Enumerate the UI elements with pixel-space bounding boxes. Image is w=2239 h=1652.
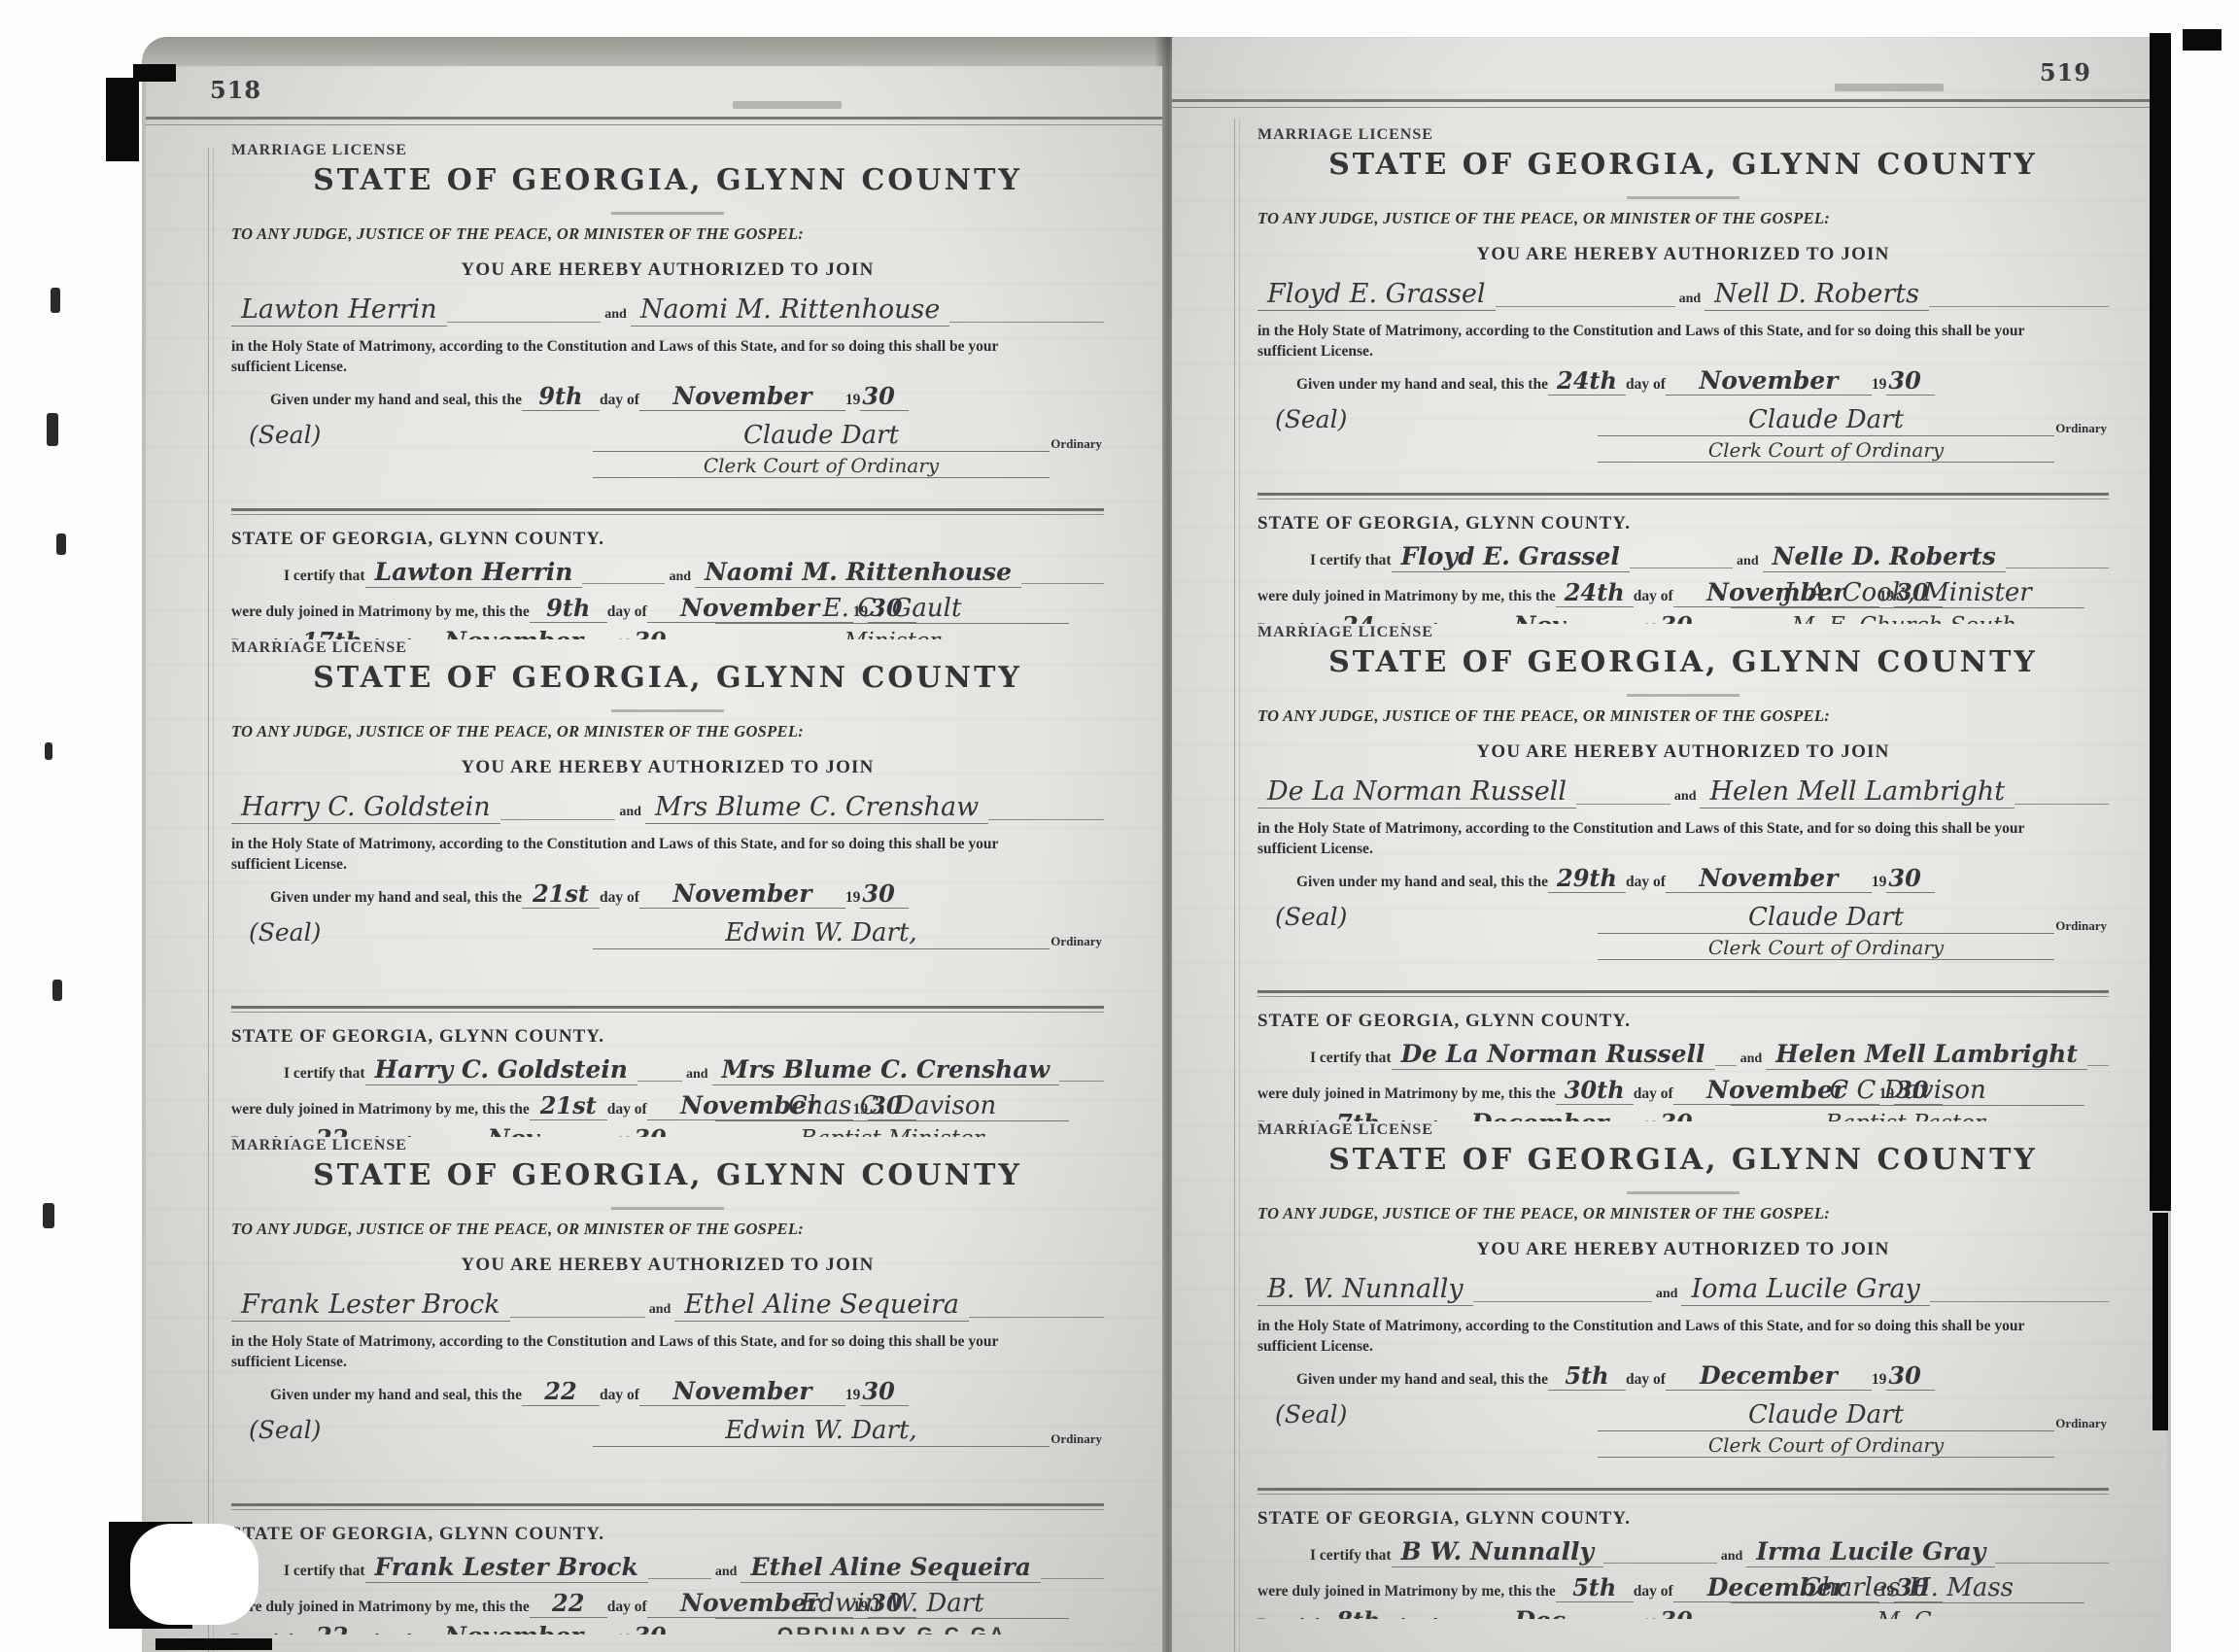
rule-filler	[1930, 1299, 2109, 1302]
rule-filler	[447, 320, 602, 323]
recorded-day: 17th	[293, 627, 371, 639]
title-flourish	[1627, 196, 1740, 199]
given-line: Given under my hand and seal, this the 2…	[231, 1377, 1104, 1406]
officiant-signature-block: J. A. Cook, Minister M. E. Church South,	[1706, 578, 2109, 624]
year-printed: 19	[617, 1632, 633, 1635]
day-of-label: day of	[1634, 1583, 1673, 1600]
license-month: November	[1666, 366, 1872, 396]
cert-groom-name: Harry C. Goldstein	[365, 1055, 637, 1085]
seal-note: (Seal)	[1257, 903, 1347, 931]
certificate-header: STATE OF GEORGIA, GLYNN COUNTY.	[1257, 1508, 2109, 1530]
groom-name: Harry C. Goldstein	[231, 792, 500, 824]
record-title: STATE OF GEORGIA, GLYNN COUNTY	[1257, 645, 2109, 679]
recorded-day: 24	[1320, 611, 1397, 624]
day-of-label: day of	[1634, 1085, 1673, 1103]
sufficient-license-line: sufficient License.	[1257, 1338, 2109, 1356]
license-month: November	[639, 879, 845, 909]
rule-filler	[2087, 1063, 2109, 1066]
seal-note: (Seal)	[231, 918, 321, 946]
joined-clause: were duly joined in Matrimony by me, thi…	[1257, 1085, 1556, 1103]
cert-day: 21st	[530, 1091, 607, 1120]
officiant-title: M. E. Church South,	[1770, 613, 2046, 624]
recorded-year: 30	[632, 627, 680, 639]
clerk-signature: Claude Dart	[1598, 903, 2054, 934]
certify-prefix: I certify that	[284, 1065, 365, 1083]
cert-bride-name: Irma Lucile Gray	[1746, 1537, 1995, 1567]
certify-line: I certify that Floyd E. Grassel and Nell…	[1257, 542, 2109, 572]
recorded-day: 7th	[1320, 1109, 1397, 1121]
cert-day: 9th	[530, 594, 607, 623]
joined-clause: were duly joined in Matrimony by me, thi…	[231, 603, 530, 621]
recorded-row: Recorded 8th day of Dec 19 30 Charles H.…	[1257, 1606, 2109, 1619]
officiant-signature-block: Charles H. Mass M. G.	[1706, 1573, 2109, 1619]
officiant-title: M. G.	[1770, 1608, 2046, 1619]
and-word: and	[645, 1302, 675, 1318]
cert-day: 5th	[1556, 1573, 1634, 1602]
given-line: Given under my hand and seal, this the 5…	[1257, 1361, 2109, 1391]
license-year: 30	[860, 879, 909, 909]
officiant-signature: J. A. Cook, Minister	[1731, 578, 2084, 608]
license-year: 30	[860, 382, 909, 411]
recorded-day: 22	[293, 1622, 371, 1635]
sufficient-license-line: sufficient License.	[231, 1354, 1104, 1371]
given-prefix: Given under my hand and seal, this the	[231, 889, 522, 907]
recorded-month: Nov	[411, 1124, 617, 1137]
certify-line: I certify that B W. Nunnally and Irma Lu…	[1257, 1537, 2109, 1567]
marriage-license-record: MARRIAGE LICENSE STATE OF GEORGIA, GLYNN…	[231, 142, 1104, 639]
license-day: 22	[522, 1377, 600, 1406]
joined-clause: were duly joined in Matrimony by me, thi…	[1257, 1583, 1556, 1600]
year-printed: 19	[845, 392, 861, 409]
and-word: and	[1671, 789, 1701, 805]
officiant-title: Minister	[754, 629, 1030, 639]
cert-groom-name: De La Norman Russell	[1392, 1040, 1715, 1070]
and-word: and	[711, 1565, 741, 1580]
rule-filler	[1021, 581, 1104, 584]
officiant-title: ORDINARY G.C.GA	[754, 1624, 1030, 1635]
day-of-label: day of	[607, 1599, 647, 1616]
record-title: STATE OF GEORGIA, GLYNN COUNTY	[1257, 148, 2109, 182]
rule-filler	[1576, 802, 1671, 805]
recorded-row: Recorded 24 day of Nov 19 30 J. A. Cook,…	[1257, 611, 2109, 624]
recorded-row: Recorded 7th day of December 19 30 C C D…	[1257, 1109, 2109, 1121]
seal-signature-row: (Seal) Claude Dart Clerk Court of Ordina…	[231, 421, 1104, 497]
clerk-signature: Edwin W. Dart,	[593, 918, 1050, 949]
year-printed: 19	[1872, 874, 1887, 891]
cert-day: 22	[530, 1589, 607, 1618]
certify-line: I certify that Harry C. Goldstein and Mr…	[231, 1055, 1104, 1085]
license-year: 30	[1886, 366, 1935, 396]
license-year: 30	[860, 1377, 909, 1406]
cert-groom-name: Floyd E. Grassel	[1392, 542, 1630, 572]
matrimony-clause: in the Holy State of Matrimony, accordin…	[231, 335, 1104, 359]
clerk-signature-block: Edwin W. Dart, Ordinary	[593, 1416, 1050, 1447]
sufficient-license: sufficient License.	[1257, 1338, 1373, 1356]
seal-note: (Seal)	[1257, 1400, 1347, 1428]
record-title: STATE OF GEORGIA, GLYNN COUNTY	[1257, 1143, 2109, 1177]
seal-signature-row: (Seal) Edwin W. Dart, Ordinary	[231, 1416, 1104, 1492]
bride-name: Helen Mell Lambright	[1700, 776, 2015, 809]
clerk-title: Clerk Court of Ordinary	[593, 454, 1050, 478]
scan-artifact	[47, 413, 58, 446]
officiant-signature-block: C C Davison Baptist Pastor,	[1706, 1076, 2109, 1121]
bride-name: Nell D. Roberts	[1705, 279, 1929, 311]
cert-bride-name: Ethel Aline Sequeira	[741, 1553, 1040, 1583]
rule-filler	[1496, 304, 1675, 307]
section-divider	[1257, 990, 2109, 997]
records-column-right: MARRIAGE LICENSE STATE OF GEORGIA, GLYNN…	[1172, 37, 2167, 1619]
sufficient-license-line: sufficient License.	[231, 856, 1104, 874]
scanned-register-spread: 518 MARRIAGE LICENSE STATE OF GEORGIA, G…	[0, 0, 2239, 1652]
section-label: MARRIAGE LICENSE	[231, 1137, 1104, 1154]
sufficient-license: sufficient License.	[231, 359, 347, 376]
day-of-label: day of	[1634, 588, 1673, 605]
section-divider	[231, 508, 1104, 515]
marriage-license-record: MARRIAGE LICENSE STATE OF GEORGIA, GLYNN…	[231, 639, 1104, 1137]
cert-day: 30th	[1556, 1076, 1634, 1105]
rule-filler	[582, 581, 665, 584]
section-divider	[1257, 493, 2109, 499]
scan-artifact	[2153, 1213, 2168, 1430]
given-line: Given under my hand and seal, this the 9…	[231, 382, 1104, 411]
given-line: Given under my hand and seal, this the 2…	[1257, 864, 2109, 893]
rule-filler	[648, 1576, 711, 1579]
officiant-signature-block: Edwin W. Dart ORDINARY G.C.GA	[680, 1589, 1104, 1635]
license-year: 30	[1886, 864, 1935, 893]
certify-line: I certify that Lawton Herrin and Naomi M…	[231, 558, 1104, 588]
sufficient-license: sufficient License.	[231, 1354, 347, 1371]
authorized-line: YOU ARE HEREBY AUTHORIZED TO JOIN	[231, 757, 1104, 778]
scan-artifact	[56, 533, 66, 555]
sufficient-license-line: sufficient License.	[1257, 841, 2109, 858]
groom-name: De La Norman Russell	[1257, 776, 1576, 809]
certificate-header: STATE OF GEORGIA, GLYNN COUNTY.	[231, 1524, 1104, 1545]
clerk-signature: Claude Dart	[1598, 1400, 2054, 1431]
ordinary-label: Ordinary	[1051, 1431, 1102, 1447]
officiant-signature: E. C. Gault	[715, 594, 1069, 624]
officiant-signature: Charles H. Mass	[1731, 1573, 2084, 1603]
certificate-header: STATE OF GEORGIA, GLYNN COUNTY.	[1257, 1011, 2109, 1032]
license-day: 5th	[1548, 1361, 1626, 1391]
marriage-license-record: MARRIAGE LICENSE STATE OF GEORGIA, GLYNN…	[1257, 624, 2109, 1121]
title-flourish	[611, 212, 724, 215]
license-day: 29th	[1548, 864, 1626, 893]
certify-prefix: I certify that	[1310, 552, 1392, 569]
recorded-year: 30	[632, 1124, 680, 1137]
sufficient-license: sufficient License.	[231, 856, 347, 874]
scan-artifact	[51, 288, 60, 313]
couple-names-line: De La Norman Russell and Helen Mell Lamb…	[1257, 776, 2109, 809]
scan-artifact	[133, 64, 176, 82]
scan-artifact	[45, 742, 52, 760]
bride-name: Ioma Lucile Gray	[1681, 1274, 1929, 1306]
rule-filler	[988, 817, 1104, 820]
certificate-header: STATE OF GEORGIA, GLYNN COUNTY.	[231, 1026, 1104, 1048]
authorized-line: YOU ARE HEREBY AUTHORIZED TO JOIN	[1257, 741, 2109, 763]
recorded-line: Recorded 24 day of Nov 19 30	[1257, 611, 1706, 624]
groom-name: B. W. Nunnally	[1257, 1274, 1473, 1306]
officiant-signature-block: E. C. Gault Minister	[680, 594, 1104, 639]
cert-day: 24th	[1556, 578, 1634, 607]
marriage-license-record: MARRIAGE LICENSE STATE OF GEORGIA, GLYNN…	[1257, 126, 2109, 624]
sufficient-license: sufficient License.	[1257, 841, 1373, 858]
scan-artifact	[43, 1203, 54, 1228]
matrimony-clause: in the Holy State of Matrimony, accordin…	[231, 1330, 1104, 1354]
recorded-line: Recorded 17th day of November 19 30	[231, 627, 680, 639]
marriage-license-record: MARRIAGE LICENSE STATE OF GEORGIA, GLYNN…	[1257, 1121, 2109, 1619]
seal-signature-row: (Seal) Claude Dart Clerk Court of Ordina…	[1257, 405, 2109, 481]
officiant-signature: Edwin W. Dart	[715, 1589, 1069, 1619]
license-month: November	[1666, 864, 1872, 893]
license-day: 21st	[522, 879, 600, 909]
and-word: and	[1675, 292, 1705, 307]
recorded-row: Recorded 22 day of Nov 19 30 Chas C. Dav…	[231, 1124, 1104, 1137]
marriage-license-record: MARRIAGE LICENSE STATE OF GEORGIA, GLYNN…	[231, 1137, 1104, 1635]
scan-artifact	[2150, 33, 2171, 1211]
couple-names-line: Harry C. Goldstein and Mrs Blume C. Cren…	[231, 792, 1104, 824]
officiant-signature: Chas C. Davison	[715, 1091, 1069, 1121]
rule-filler	[1059, 1079, 1104, 1082]
recorded-day: 22	[293, 1124, 371, 1137]
license-day: 24th	[1548, 366, 1626, 396]
given-line: Given under my hand and seal, this the 2…	[231, 879, 1104, 909]
license-month: November	[639, 382, 845, 411]
recorded-month: December	[1437, 1109, 1643, 1121]
recorded-line: Recorded 22 day of Nov 19 30	[231, 1124, 680, 1137]
section-divider	[231, 1006, 1104, 1013]
authorized-line: YOU ARE HEREBY AUTHORIZED TO JOIN	[1257, 244, 2109, 265]
year-printed: 19	[1872, 1371, 1887, 1389]
certify-line: I certify that Frank Lester Brock and Et…	[231, 1553, 1104, 1583]
section-label: MARRIAGE LICENSE	[1257, 1121, 2109, 1139]
and-word: and	[615, 805, 645, 820]
records-column-left: MARRIAGE LICENSE STATE OF GEORGIA, GLYNN…	[146, 66, 1162, 1635]
salutation: TO ANY JUDGE, JUSTICE OF THE PEACE, OR M…	[1257, 209, 2109, 228]
given-line: Given under my hand and seal, this the 2…	[1257, 366, 2109, 396]
bride-name: Naomi M. Rittenhouse	[631, 294, 950, 327]
title-flourish	[1627, 1191, 1740, 1194]
given-prefix: Given under my hand and seal, this the	[231, 392, 522, 409]
and-word: and	[665, 569, 695, 585]
recorded-year: 30	[632, 1622, 680, 1635]
day-of-label: day of	[600, 1387, 639, 1404]
sufficient-license-line: sufficient License.	[231, 359, 1104, 376]
rule-filler	[1630, 566, 1733, 568]
authorized-line: YOU ARE HEREBY AUTHORIZED TO JOIN	[1257, 1239, 2109, 1260]
record-title: STATE OF GEORGIA, GLYNN COUNTY	[231, 163, 1104, 197]
rule-filler	[1041, 1576, 1104, 1579]
and-word: and	[601, 307, 631, 323]
recorded-year: 30	[1658, 1109, 1706, 1121]
clerk-signature: Claude Dart	[593, 421, 1050, 452]
cert-bride-name: Helen Mell Lambright	[1766, 1040, 2087, 1070]
recorded-label: Recorded	[231, 1632, 293, 1635]
officiant-title: Baptist Minister	[754, 1126, 1030, 1137]
and-word: and	[1652, 1287, 1682, 1302]
rule-filler	[969, 1315, 1104, 1318]
recorded-line: Recorded 8th day of Dec 19 30	[1257, 1606, 1706, 1619]
certify-line: I certify that De La Norman Russell and …	[1257, 1040, 2109, 1070]
recorded-month: Dec	[1437, 1606, 1643, 1619]
recorded-month: November	[411, 627, 617, 639]
couple-names-line: B. W. Nunnally and Ioma Lucile Gray	[1257, 1274, 2109, 1306]
rule-filler	[1715, 1063, 1737, 1066]
given-prefix: Given under my hand and seal, this the	[1257, 874, 1548, 891]
clerk-signature: Claude Dart	[1598, 405, 2054, 436]
scan-artifact	[106, 78, 139, 161]
clerk-signature-block: Claude Dart Clerk Court of Ordinary Ordi…	[593, 421, 1050, 478]
scan-notch	[130, 1524, 258, 1625]
day-of-label: day of	[1626, 376, 1666, 394]
and-word: and	[682, 1067, 712, 1083]
ordinary-label: Ordinary	[1051, 436, 1102, 452]
sufficient-license-line: sufficient License.	[1257, 343, 2109, 361]
officiant-signature-block: Chas C. Davison Baptist Minister	[680, 1091, 1104, 1137]
couple-names-line: Lawton Herrin and Naomi M. Rittenhouse	[231, 294, 1104, 327]
day-of-label: day of	[1626, 874, 1666, 891]
certify-prefix: I certify that	[284, 1563, 365, 1580]
rule-filler	[1603, 1561, 1717, 1564]
clerk-signature-block: Claude Dart Clerk Court of Ordinary Ordi…	[1598, 1400, 2054, 1458]
matrimony-clause: in the Holy State of Matrimony, accordin…	[1257, 817, 2109, 841]
rule-filler	[637, 1079, 682, 1082]
given-prefix: Given under my hand and seal, this the	[231, 1387, 522, 1404]
seal-note: (Seal)	[231, 421, 321, 449]
title-flourish	[611, 709, 724, 712]
ordinary-label: Ordinary	[2055, 918, 2107, 934]
rule-filler	[500, 817, 616, 820]
certify-prefix: I certify that	[284, 568, 365, 585]
matrimony-clause: in the Holy State of Matrimony, accordin…	[1257, 1315, 2109, 1338]
recorded-row: Recorded 22 day of November 19 30 Edwin …	[231, 1622, 1104, 1635]
section-label: MARRIAGE LICENSE	[1257, 126, 2109, 144]
scan-artifact	[52, 980, 62, 1001]
rule-filler	[1473, 1299, 1652, 1302]
rule-filler	[510, 1315, 645, 1318]
groom-name: Lawton Herrin	[231, 294, 447, 327]
salutation: TO ANY JUDGE, JUSTICE OF THE PEACE, OR M…	[231, 1220, 1104, 1239]
bride-name: Ethel Aline Sequeira	[674, 1290, 969, 1322]
recorded-month: Nov	[1437, 611, 1643, 624]
cert-groom-name: B W. Nunnally	[1392, 1537, 1604, 1567]
certificate-header: STATE OF GEORGIA, GLYNN COUNTY.	[231, 529, 1104, 550]
recorded-month: November	[411, 1622, 617, 1635]
joined-clause: were duly joined in Matrimony by me, thi…	[231, 1101, 530, 1119]
license-month: December	[1666, 1361, 1872, 1391]
scan-artifact	[155, 1638, 272, 1650]
recorded-year: 30	[1658, 1606, 1706, 1619]
certify-prefix: I certify that	[1310, 1050, 1392, 1067]
bride-name: Mrs Blume C. Crenshaw	[645, 792, 988, 824]
clerk-title: Clerk Court of Ordinary	[1598, 1433, 2054, 1458]
seal-note: (Seal)	[231, 1416, 321, 1444]
joined-clause: were duly joined in Matrimony by me, thi…	[1257, 588, 1556, 605]
clerk-signature-block: Edwin W. Dart, Ordinary	[593, 918, 1050, 949]
rule-filler	[2006, 566, 2109, 568]
and-word: and	[1733, 554, 1763, 569]
page-518: 518 MARRIAGE LICENSE STATE OF GEORGIA, G…	[146, 66, 1162, 1652]
clerk-signature: Edwin W. Dart,	[593, 1416, 1050, 1447]
page-519: 519 MARRIAGE LICENSE STATE OF GEORGIA, G…	[1172, 37, 2167, 1652]
title-flourish	[611, 1207, 724, 1210]
salutation: TO ANY JUDGE, JUSTICE OF THE PEACE, OR M…	[1257, 706, 2109, 726]
day-of-label: day of	[1626, 1371, 1666, 1389]
matrimony-clause: in the Holy State of Matrimony, accordin…	[231, 833, 1104, 856]
year-printed: 19	[845, 1387, 861, 1404]
clerk-title: Clerk Court of Ordinary	[1598, 438, 2054, 463]
cert-groom-name: Frank Lester Brock	[365, 1553, 648, 1583]
license-day: 9th	[522, 382, 600, 411]
section-label: MARRIAGE LICENSE	[231, 639, 1104, 657]
year-printed: 19	[845, 889, 861, 907]
register-book: 518 MARRIAGE LICENSE STATE OF GEORGIA, G…	[142, 37, 2171, 1652]
recorded-label: Recorded	[1257, 1616, 1320, 1619]
seal-signature-row: (Seal) Claude Dart Clerk Court of Ordina…	[1257, 903, 2109, 979]
recorded-year: 30	[1658, 611, 1706, 624]
rule-filler	[1929, 304, 2109, 307]
day-of-label: day of	[607, 1101, 647, 1119]
section-label: MARRIAGE LICENSE	[1257, 624, 2109, 641]
salutation: TO ANY JUDGE, JUSTICE OF THE PEACE, OR M…	[1257, 1204, 2109, 1223]
section-label: MARRIAGE LICENSE	[231, 142, 1104, 159]
ordinary-label: Ordinary	[2055, 421, 2107, 436]
record-title: STATE OF GEORGIA, GLYNN COUNTY	[231, 1158, 1104, 1192]
rule-filler	[949, 320, 1104, 323]
clerk-signature-block: Claude Dart Clerk Court of Ordinary Ordi…	[1598, 903, 2054, 960]
license-year: 30	[1886, 1361, 1935, 1391]
seal-note: (Seal)	[1257, 405, 1347, 433]
ordinary-label: Ordinary	[2055, 1416, 2107, 1431]
rule-filler	[2015, 802, 2109, 805]
recorded-day: 8th	[1320, 1606, 1397, 1619]
authorized-line: YOU ARE HEREBY AUTHORIZED TO JOIN	[231, 1255, 1104, 1276]
title-flourish	[1627, 694, 1740, 697]
year-printed: 19	[1643, 1616, 1659, 1619]
day-of-label: day of	[600, 392, 639, 409]
recorded-line: Recorded 22 day of November 19 30	[231, 1622, 680, 1635]
recorded-line: Recorded 7th day of December 19 30	[1257, 1109, 1706, 1121]
rule-filler	[1995, 1561, 2109, 1564]
and-word: and	[1737, 1051, 1767, 1067]
sufficient-license: sufficient License.	[1257, 343, 1373, 361]
cert-bride-name: Nelle D. Roberts	[1763, 542, 2006, 572]
clerk-signature-block: Claude Dart Clerk Court of Ordinary Ordi…	[1598, 405, 2054, 463]
license-month: November	[639, 1377, 845, 1406]
day-of-label: day of	[371, 1632, 411, 1635]
cert-bride-name: Naomi M. Rittenhouse	[695, 558, 1021, 588]
matrimony-clause: in the Holy State of Matrimony, accordin…	[1257, 320, 2109, 343]
clerk-title: Clerk Court of Ordinary	[1598, 936, 2054, 960]
couple-names-line: Floyd E. Grassel and Nell D. Roberts	[1257, 279, 2109, 311]
authorized-line: YOU ARE HEREBY AUTHORIZED TO JOIN	[231, 259, 1104, 281]
year-printed: 19	[1872, 376, 1887, 394]
section-divider	[231, 1503, 1104, 1510]
couple-names-line: Frank Lester Brock and Ethel Aline Seque…	[231, 1290, 1104, 1322]
section-divider	[1257, 1488, 2109, 1495]
scan-artifact	[2183, 29, 2222, 51]
day-of-label: day of	[600, 889, 639, 907]
groom-name: Frank Lester Brock	[231, 1290, 510, 1322]
seal-signature-row: (Seal) Edwin W. Dart, Ordinary	[231, 918, 1104, 994]
recorded-row: Recorded 17th day of November 19 30 E. C…	[231, 627, 1104, 639]
cert-bride-name: Mrs Blume C. Crenshaw	[712, 1055, 1059, 1085]
seal-signature-row: (Seal) Claude Dart Clerk Court of Ordina…	[1257, 1400, 2109, 1476]
certificate-header: STATE OF GEORGIA, GLYNN COUNTY.	[1257, 513, 2109, 534]
groom-name: Floyd E. Grassel	[1257, 279, 1496, 311]
and-word: and	[1717, 1549, 1747, 1565]
officiant-title: Baptist Pastor,	[1770, 1111, 2046, 1121]
ordinary-label: Ordinary	[1051, 934, 1102, 949]
